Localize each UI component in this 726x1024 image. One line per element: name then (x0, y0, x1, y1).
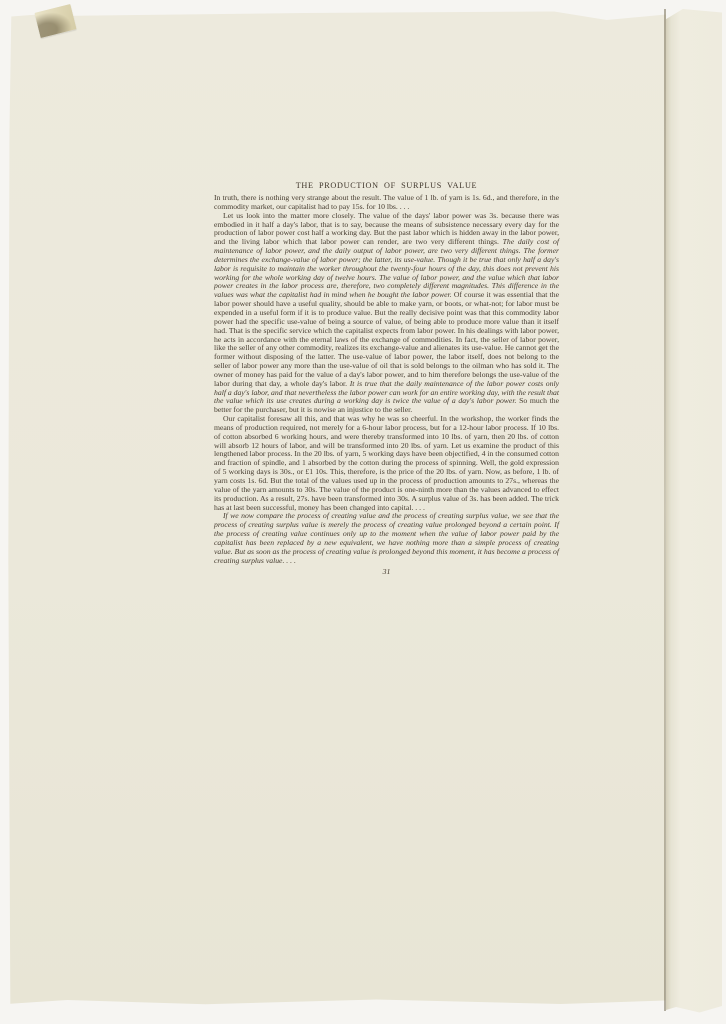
page-title: THE PRODUCTION OF SURPLUS VALUE (214, 181, 559, 191)
body-text: In truth, there is nothing very strange … (214, 194, 559, 565)
paragraph: In truth, there is nothing very strange … (214, 194, 559, 212)
paragraph: Let us look into the matter more closely… (214, 212, 559, 415)
text-segment: Our capitalist foresaw all this, and tha… (214, 414, 559, 511)
text-block: THE PRODUCTION OF SURPLUS VALUE In truth… (214, 181, 559, 576)
adjacent-page-edge (666, 7, 722, 1013)
text-segment: Of course it was essential that the labo… (214, 290, 559, 387)
paragraph: If we now compare the process of creatin… (214, 512, 559, 565)
folio-sheet: THE PRODUCTION OF SURPLUS VALUE In truth… (8, 11, 666, 1005)
text-segment: In truth, there is nothing very strange … (214, 193, 559, 211)
text-segment: If we now compare the process of creatin… (214, 511, 559, 564)
photograph-background: { "document": { "title": "THE PRODUCTION… (0, 0, 726, 1024)
page-number: 31 (214, 567, 559, 576)
page-crease-shadow (664, 9, 666, 1011)
paragraph: Our capitalist foresaw all this, and tha… (214, 415, 559, 512)
